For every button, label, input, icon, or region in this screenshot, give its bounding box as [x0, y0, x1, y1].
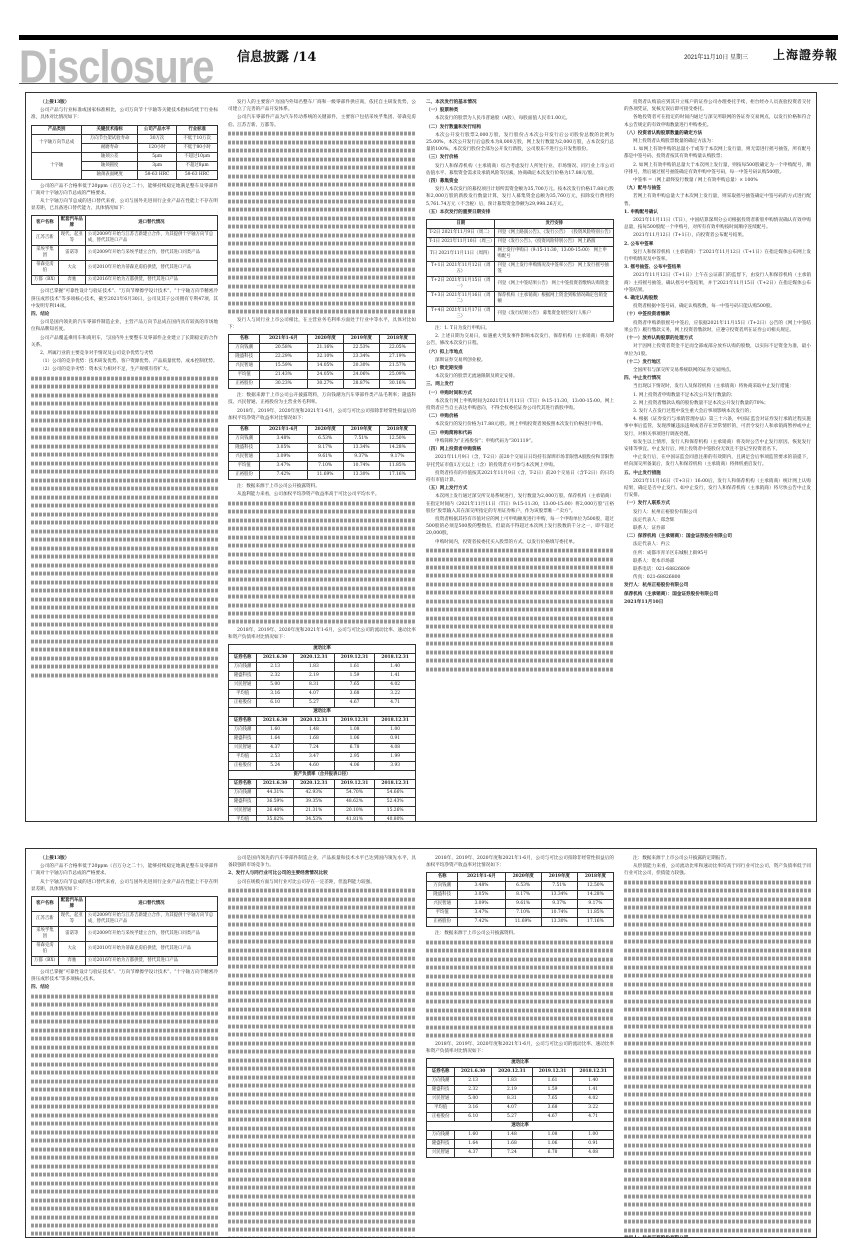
subsection-heading: （二）发行数量和发行结构: [426, 124, 614, 131]
tech-comparison-table: 产品类别 关键技术指标 公司产品水平 行业标准 十字轴万向节总成万向节台架试验寿…: [31, 125, 218, 180]
paragraph: 如发生以上情形，发行人和保荐机构（主承销商）将及时公告中止发行原因、恢复发行安排…: [624, 439, 811, 453]
table-row: 兴民智通5.008.317.654.02: [427, 1095, 614, 1104]
paragraph: 投资者申购新股摇号中签后，应依据2021年11月15日（T+2日）公告的《网上中…: [624, 320, 811, 334]
subsection-heading: （二）申购价格: [426, 413, 614, 420]
paragraph: 2021年11月16日（T+3日）16:00后，发行人和保荐机构（主承销商）统计…: [624, 478, 811, 500]
paragraph: 2. 如网上有效申购的总量大于本次网上发行量，则按每500股确定为一个申购配号，…: [624, 162, 811, 176]
table-row: 正裕股份6.105.274.674.71: [427, 1113, 614, 1122]
schedule-table: 日期发行安排 T-2日 2021年11月9日（周二）刊登《网上路演公告》、《发行…: [426, 219, 614, 322]
table-row: T-2日 2021年11月9日（周二）刊登《网上路演公告》、《发行公告》 《投资…: [427, 229, 614, 238]
subsection-heading: （七）锁定期安排: [426, 365, 614, 372]
paragraph: 投资者认购前应到其开立账户的证券公司办理委托手续，柜台经办人员查验投资者交付的各…: [624, 99, 811, 113]
table-note: 注：数据来源于上市公司公开披露资料。: [228, 483, 416, 490]
table-row: 平均值3.164.073.683.22: [427, 1104, 614, 1113]
paragraph: 申购简称为“正裕股份”；申购代码为“301119”。: [426, 438, 614, 445]
signature-date: 2021年11月10日: [624, 599, 811, 606]
column-1: （上接13版） 公司产品与行业标准或国家标准相比，公司万向节十字轴等关键技术指标…: [25, 92, 223, 822]
subsection-heading: （三）发行价格: [426, 154, 614, 161]
table-row: 万都（BX）奔驰公司2016年开始为万都供货，替代其进口产品: [32, 957, 218, 966]
contact-line: 法定代表人：郑念辉: [624, 517, 811, 524]
paragraph: 3. 发行人在发行过程中发生重大会后事项影响本次发行的；: [624, 408, 811, 415]
page-section-title: 信息披露 /14: [237, 46, 316, 65]
table-note: 注：数据来源于上市公司公开披露的定期报告。: [624, 855, 811, 862]
signature-issuer: 发行人：杭州正裕股份有限公司: [624, 582, 811, 589]
subsection-heading: （十二）发行地区: [624, 359, 811, 366]
table-row: 江苏吉新现代、起亚等公司2009年开始与江苏吉新建立合作，为其提供十字轴万向节总…: [32, 912, 218, 927]
masthead: Disclosure 信息披露 /14 2021年11月10日 星期三 上海證券…: [19, 40, 838, 84]
table-row: 兴民智通15.59%14.05%20.30%21.57%: [229, 362, 416, 371]
column-2: 发行人的主要客户为国内外知名整车厂商和一级零部件供应商，依托自主研发优势，公司建…: [223, 92, 421, 822]
table-header: 公司产品水平: [137, 125, 176, 134]
table-note: 注：数据来源于上市公司公开披露资料。: [426, 930, 614, 937]
bottom-article: （上接13版） 公司的产品不合格率低于20ppm（百万分之二十），能够持续稳定地…: [25, 848, 818, 1238]
column-4: 投资者认购前应到其开立账户的证券公司办理委托手续，柜台经办人员查验投资者交付的各…: [619, 92, 817, 822]
paragraph: 2018年、2019年、2020年度和2021年1-6月，公司与可比公司扣除非经…: [228, 408, 416, 422]
subsection-heading: （一）发行人联系方式: [624, 500, 811, 507]
paragraph: 投资者根据其持有市值对应的网上可申购额度进行申购，每一个申购单位为500股，超过…: [426, 516, 614, 538]
table-row: 兴民智通26.40%21.31%20.10%15.26%: [229, 807, 416, 816]
paragraph: 从十字轴万向节总成的进口替代来看，公司与国外先进同行企业产品在性能上不存在明显差…: [31, 879, 218, 893]
table-row: 平均值3.164.073.683.22: [229, 690, 416, 699]
paragraph: 公司在规模方面与同行业可比公司存在一定差距，但盈利能力较强。: [228, 879, 416, 886]
table-row: 隆盛科技22.29%32.10%23.34%27.19%: [229, 353, 416, 362]
subsection-heading: （一）股票种类: [426, 107, 614, 114]
paragraph: 中止发行后，在中国证监会同意注册的有效期内，且满足会后事项监管要求的前提下，经向…: [624, 454, 811, 468]
table-row: 万向钱潮1.601.481.081.00: [427, 1131, 614, 1140]
section-heading: 四、中止发行情况: [624, 375, 811, 382]
table-row: 兴民智通3.09%9.61%9.37%9.17%: [427, 900, 614, 909]
subsection-heading: （五）网上发行方式: [426, 485, 614, 492]
subsection-heading: 3. 摇号抽签、公布中签结果: [624, 264, 811, 271]
column-3: 2018年、2019年、2020年度和2021年1-6月，公司与可比公司扣除非经…: [421, 848, 619, 1238]
table-row: 万向钱潮2.131.831.611.40: [427, 1077, 614, 1086]
column-2: 公司是国内领先的汽车零部件制造企业，产品质量和技术水平已达到国内领先水平，具备较…: [223, 848, 421, 1238]
table-row: 蒂森克虏伯大众公司2010年开始为蒂森克虏伯供货，替代其进口产品: [32, 261, 218, 276]
table-header: 产品类别: [32, 125, 82, 134]
roe-table: 名称2021年1-6月2020年度2019年度2018年度 万向钱潮3.48%6…: [228, 425, 416, 480]
paragraph: 公司的产品不合格率低于20ppm（百万分之二十），能够持续稳定地满足整车及零部件…: [31, 183, 218, 197]
table-row: 十字轴万向节总成万向节台架试验寿命30万次不低于10万次: [32, 134, 218, 143]
table-row: 万都（BX）奔驰公司2016年开始为万都供货，替代其进口产品: [32, 276, 218, 285]
contact-line: 传真：021-68826800: [624, 574, 811, 581]
formula: 中签率 =（网上最终发行数量 / 网上有效申购总量）× 100%: [624, 177, 811, 184]
subsection-heading: （九）配号与抽签: [624, 185, 811, 192]
paragraph: 4. 根据《证券发行与承销管理办法》第三十六条，中国证监会对证券发行承销过程实施…: [624, 416, 811, 438]
subsection-heading: （十）中签投资者缴款: [624, 311, 811, 318]
dateline: 2021年11月10日 星期三: [684, 52, 748, 61]
subsection-heading: （八）投资者认购股票数量的确定方法: [624, 130, 811, 137]
subsection-heading: （三）申购简称和代码: [426, 430, 614, 437]
table-row: 隆盛科技3.05%8.17%13.34%14.28%: [427, 891, 614, 900]
table-row: 正裕股份7.42%11.69%13.30%17.16%: [427, 918, 614, 927]
newspaper-name: 上海證券報: [773, 46, 838, 63]
table-row: 正裕股份7.42%11.69%13.30%17.16%: [229, 470, 416, 479]
table-row: 平均值21.43%24.05%24.06%25.09%: [229, 371, 416, 380]
paragraph: 本次公开发行股票2,000万股，发行股份占本次公开发行后公司股份总数的比例为25…: [426, 132, 614, 154]
table-row: 江苏吉新现代、起亚等公司2009年开始与江苏吉新建立合作，为其提供十字轴万向节总…: [32, 231, 218, 246]
paragraph: 从十字轴万向节总成的进口替代来看，公司与国外先进同行企业产品在性能上不存在明显差…: [31, 198, 218, 212]
paragraph: 2018年、2019年、2020年度和2021年1-6月，公司与可比公司扣除非经…: [426, 855, 614, 869]
table-row: 正裕股份30.23%30.27%28.87%30.16%: [229, 380, 416, 389]
paragraph: 本次发行的发行价格为17.88元/股。网上申购投资者须按照本次发行价格进行申购。: [426, 421, 614, 428]
section-heading: 五、中止发行措施: [624, 470, 811, 477]
column-3: 二、本次发行的基本情况 （一）股票种类 本次发行的股票为人民币普通股（A股），每…: [421, 92, 619, 822]
paragraph: （2）公司的竞争劣势：资本实力相对不足、生产规模有待扩大。: [31, 366, 218, 373]
solvency-table: 流动比率 证券名称2021.6.302020.12.312019.12.3120…: [426, 1058, 614, 1158]
paragraph: 2021年11月12日（T+1日），向投资者公布配号结果。: [624, 232, 811, 239]
paragraph: 从盈利能力来看，公司加权平均净资产收益率高于可比公司平均水平。: [228, 491, 416, 498]
table-header: 行业标准: [177, 125, 218, 134]
table-row: 蒂森克虏伯大众公司2010年开始为蒂森克虏伯供货，替代其进口产品: [32, 942, 218, 957]
table-row: 兴民智通4.377.246.784.08: [427, 1149, 614, 1158]
paragraph: 投资者持有的市值按其2021年11月9日（含，T-2日）前20个交易日（含T-2…: [426, 470, 614, 484]
subsection-heading: （十一）放弃认购股票的处理方式: [624, 335, 811, 342]
paragraph: 发行人和保荐机构（主承销商）综合考虑发行人所处行业、市场情况、同行业上市公司估值…: [426, 163, 614, 177]
table-note: 注：数据来源于上市公司公开披露资料，万向钱潮为汽车零部件类产品毛利率；隆盛科技、…: [228, 392, 416, 406]
section-heading: 四、结论: [31, 311, 218, 318]
paragraph: 本次发行的股票为人民币普通股（A股），每股面值人民币1.00元。: [426, 115, 614, 122]
table-row: 隆盛科技1.641.681.060.91: [427, 1140, 614, 1149]
paragraph: 本次发行网上申购时间为2021年11月11日（T日）9:15-11:30，13:…: [426, 398, 614, 412]
paragraph: 公司是国内领先的汽车零部件制造企业，主营产品万向节总成在国内具有较高的市场地位和…: [31, 319, 218, 333]
paragraph: 2021年11月12日（T+1日）上午在公证部门的监督下，由发行人和保荐机构（主…: [624, 272, 811, 294]
paragraph: 公司已掌握“可靠性设计与验证技术”、“万向节摩擦学设计技术”、“十字轴万向节精密…: [31, 969, 218, 983]
table-row: 隆盛科技2.322.191.591.41: [427, 1086, 614, 1095]
table-row: 正裕股份5.244.604.063.93: [229, 762, 416, 771]
continued-label: （上接13版）: [31, 855, 218, 862]
table-row: 平均值35.82%34.53%41.81%40.80%: [229, 816, 416, 822]
top-article: （上接13版） 公司产品与行业标准或国家标准相比，公司万向节十字轴等关键技术指标…: [25, 92, 818, 822]
roe-table: 名称2021年1-6月2020年度2019年度2018年度 万向钱潮3.48%6…: [426, 872, 614, 927]
table-row: 兴民智通3.09%9.61%9.37%9.17%: [229, 452, 416, 461]
table-row: 隆盛科技3.05%8.17%13.34%14.28%: [229, 443, 416, 452]
paragraph: 投资者根据中签号码，确定认购股数，每一中签号码只能认购500股。: [624, 303, 811, 310]
paragraph: 2018年、2019年、2020年度和2021年1-6月，公司与可比公司的流动比…: [228, 627, 416, 641]
paragraph: 公司已掌握“可靠性设计与验证技术”、“万向节摩擦学设计技术”、“十字轴万向节精密…: [31, 288, 218, 310]
paragraph: 2. 上述日期为交易日，如遇重大突发事件影响本次发行，保荐机构（主承销商）将及时…: [426, 333, 614, 347]
contact-line: 联系人：资本市场部: [624, 558, 811, 565]
column-4: 注：数据来源于上市公司公开披露的定期报告。 从偿债能力来看，公司流动比率和速动比…: [619, 848, 817, 1238]
table-row: 隆盛科技1.641.681.060.91: [229, 735, 416, 744]
table-row: T+4日 2021年11月17日（周三）刊登《发行结果公告》 募集资金划至发行人…: [427, 307, 614, 322]
signature-issuer: 发行人：杭州正裕股份有限公司: [624, 1235, 811, 1238]
subsection-heading: 1. 申购配号确认: [624, 209, 811, 216]
contact-line: 联系电话：021-68826809: [624, 566, 811, 573]
contact-line: 发行人：杭州正裕股份有限公司: [624, 509, 811, 516]
brand-logo: Disclosure: [19, 42, 214, 94]
table-row: 平均值3.47%7.10%10.74%11.85%: [427, 909, 614, 918]
table-row: 隆盛科技36.59%39.35%48.62%52.43%: [229, 798, 416, 807]
paragraph: 若网上有效申购总量大于本次网上发行量，则采取摇号抽签确定中签号码的方式进行配售。: [624, 193, 811, 207]
paragraph: 公司是国内领先的汽车零部件制造企业，产品质量和技术水平已达到国内领先水平，具备较…: [228, 855, 416, 869]
table-row: 十字轴轴颈公差5μm不超过10μm: [32, 152, 218, 161]
paragraph: 2018年、2019年、2020年度和2021年1-6月，公司与可比公司的流动比…: [426, 1041, 614, 1055]
table-row: 万向钱潮3.48%6.53%7.51%12.50%: [229, 434, 416, 443]
subsection-heading: （六）拟上市地点: [426, 349, 614, 356]
paragraph: 1. 网上投资者申购数量不足本次公开发行数量的；: [624, 392, 811, 399]
table-row: 平均值3.47%7.10%10.74%11.85%: [229, 461, 416, 470]
gross-margin-table: 名称2021年1-6月2020年度2019年度2018年度 万向钱潮20.58%…: [228, 334, 416, 389]
table-row: 万向钱潮2.131.831.611.40: [229, 663, 416, 672]
table-row: 兴民智通4.377.246.784.08: [229, 744, 416, 753]
continued-label: （上接13版）: [31, 99, 218, 106]
paragraph: 公司产品覆盖乘用车和商用车，与国内外主要整车及零部件企业建立了长期稳定的合作关系…: [31, 335, 218, 349]
paragraph: 深圳证券交易所创业板。: [426, 357, 614, 364]
import-substitution-table: 客户名称 配套汽车品牌 进口替代情况 江苏吉新现代、起亚等公司2009年开始与江…: [31, 215, 218, 285]
paragraph: 公司的产品不合格率低于20ppm（百万分之二十），能够持续稳定地满足整车及零部件…: [31, 863, 218, 877]
column-1: （上接13版） 公司的产品不合格率低于20ppm（百万分之二十），能够持续稳定地…: [25, 848, 223, 1238]
paragraph: 发行人和保荐机构（主承销商）于2021年11月12日（T+1日）在指定媒体公布网…: [624, 249, 811, 263]
section-heading: 三、网上发行: [426, 381, 614, 388]
paragraph: 2、所属行业的主要竞争对手情况及公司竞争优势与劣势: [31, 350, 218, 357]
table-row: T日 2021年11月11日（周四）网上发行申购日（9:15-11:30，13:…: [427, 247, 614, 262]
section-heading: 二、本次发行的基本情况: [426, 99, 614, 106]
paragraph: 2021年11月9日（含，T-2日）前20个交易日日均持有深圳市场非限售A股股份…: [426, 454, 614, 468]
paragraph: 本次网上发行通过深交所交易系统进行，发行数量为2,000万股。保荐机构（主承销商…: [426, 493, 614, 515]
paragraph: （1）公司的竞争优势：技术研发优势、客户资源优势、产品质量优势、成本控制优势。: [31, 358, 218, 365]
subsection-heading: （一）申购时间和方式: [426, 390, 614, 397]
table-row: 万向钱潮1.601.481.081.00: [229, 726, 416, 735]
table-row: T-1日 2021年11月10日（周三）刊登《发行公告》、《投资风险特别公告》 …: [427, 238, 614, 247]
paragraph: 对于因网上投资者资金不足而全部或部分放弃认购的股数，以实际不足资金为准，最小单位…: [624, 343, 811, 357]
paragraph: 网上投资者认购股票数量的确定方法为：: [624, 138, 811, 145]
table-note: 注：1. T日为发行申购日。: [426, 325, 614, 332]
table-row: 隆盛科技2.322.191.591.41: [229, 672, 416, 681]
paragraph: 发行人的主要客户为国内外知名整车厂商和一级零部件供应商，依托自主研发优势，公司建…: [228, 99, 416, 113]
table-row: 万向钱潮44.31%42.93%54.70%54.66%: [229, 789, 416, 798]
subsection-heading: 2. 公布中签率: [624, 241, 811, 248]
subsection-heading: （二）保荐机构（主承销商）：国金证券股份有限公司: [624, 533, 811, 540]
paragraph: 从偿债能力来看，公司流动比率和速动比率均高于同行业可比公司，资产负债率低于同行业…: [624, 863, 811, 877]
table-row: 正裕股份6.105.274.674.71: [229, 699, 416, 708]
signature-sponsor: 保荐机构（主承销商）：国金证券股份有限公司: [624, 591, 811, 598]
table-row: T+3日 2021年11月16日（周二）保荐机构（主承销商）根据网上资金到账情况…: [427, 292, 614, 307]
import-substitution-table: 客户名称配套汽车品牌进口替代情况 江苏吉新现代、起亚等公司2009年开始与江苏吉…: [31, 896, 218, 966]
table-row: 兴民智通5.008.317.654.02: [229, 681, 416, 690]
table-row: 采埃孚集团雷诺等公司2009年开始与采埃孚建立合作，替代其进口同类产品: [32, 246, 218, 261]
paragraph: 发行人本次发行的募投项目计划所需资金额为35,700万元。按本次发行价格17.8…: [426, 186, 614, 208]
paragraph: 申购时间内，投资者按委托买入股票的方式，以发行价格填写委托单。: [426, 539, 614, 546]
subsection-heading: 4. 确定认购股数: [624, 295, 811, 302]
contact-line: 联系人：证券部: [624, 525, 811, 532]
subsection-heading: （四）募集资金: [426, 178, 614, 185]
subsection-heading: （五）本次发行的重要日期安排: [426, 209, 614, 216]
table-row: 万向钱潮20.58%21.16%22.53%22.05%: [229, 344, 416, 353]
subsection-heading: 2、发行人与同行业可比公司的主要经营情况比较: [228, 870, 416, 877]
paragraph: 本次发行的股票无流通限制及锁定安排。: [426, 373, 614, 380]
section-heading: 四、结论: [31, 984, 218, 991]
paragraph: 当出现以下情况时，发行人及保荐机构（主承销商）将协商采取中止发行措施：: [624, 383, 811, 390]
table-row: T+2日 2021年11月15日（周一）刊登《网上中签结果公告》 网上中签投资者…: [427, 277, 614, 292]
solvency-table: 流动比率 证券名称2021.6.302020.12.312019.12.3120…: [228, 644, 416, 822]
table-row: 平均值2.533.472.951.99: [229, 753, 416, 762]
contact-line: 住所：成都市青羊区东城根上街95号: [624, 550, 811, 557]
paragraph: 发行人与同行业上市公司相比，在主营业务毛利率方面处于行业中等水平，具体对比如下：: [228, 317, 416, 331]
table-header: 关键技术指标: [82, 125, 138, 134]
paragraph: 公司产品与行业标准或国家标准相比，公司万向节十字轴等关键技术指标均优于行业标准，…: [31, 107, 218, 121]
paragraph: 全国所有与深交所交易系统联网的证券交易网点。: [624, 367, 811, 374]
paragraph: 各地投资者可在指定的时间内通过与深交所联网的各证券交易网点，以发行价格和符合本公…: [624, 114, 811, 128]
table-row: 采埃孚集团雷诺等公司2009年开始与采埃孚建立合作，替代其进口同类产品: [32, 927, 218, 942]
contact-line: 法定代表人：冉云: [624, 541, 811, 548]
paragraph: 2021年11月11日（T日），中国结算深圳分公司根据投资者新股申购情况确认有效…: [624, 217, 811, 231]
table-row: 万向钱潮3.48%6.53%7.51%12.50%: [427, 882, 614, 891]
paragraph: 2. 网上投资者缴款认购的股份数量不足本次公开发行数量的70%；: [624, 400, 811, 407]
paragraph: 公司汽车零部件产品为汽车传动系统的关键部件，主要客户包括采埃孚集团、蒂森克虏伯、…: [228, 114, 416, 128]
table-row: T+1日 2021年11月12日（周五）刊登《网上发行申购情况及中签率公告》 网…: [427, 262, 614, 277]
paragraph: 1. 如网上有效申购的总量小于或等于本次网上发行量，则无需进行摇号抽签，所有配号…: [624, 146, 811, 160]
subsection-heading: （四）网上投资者申购资格: [426, 446, 614, 453]
